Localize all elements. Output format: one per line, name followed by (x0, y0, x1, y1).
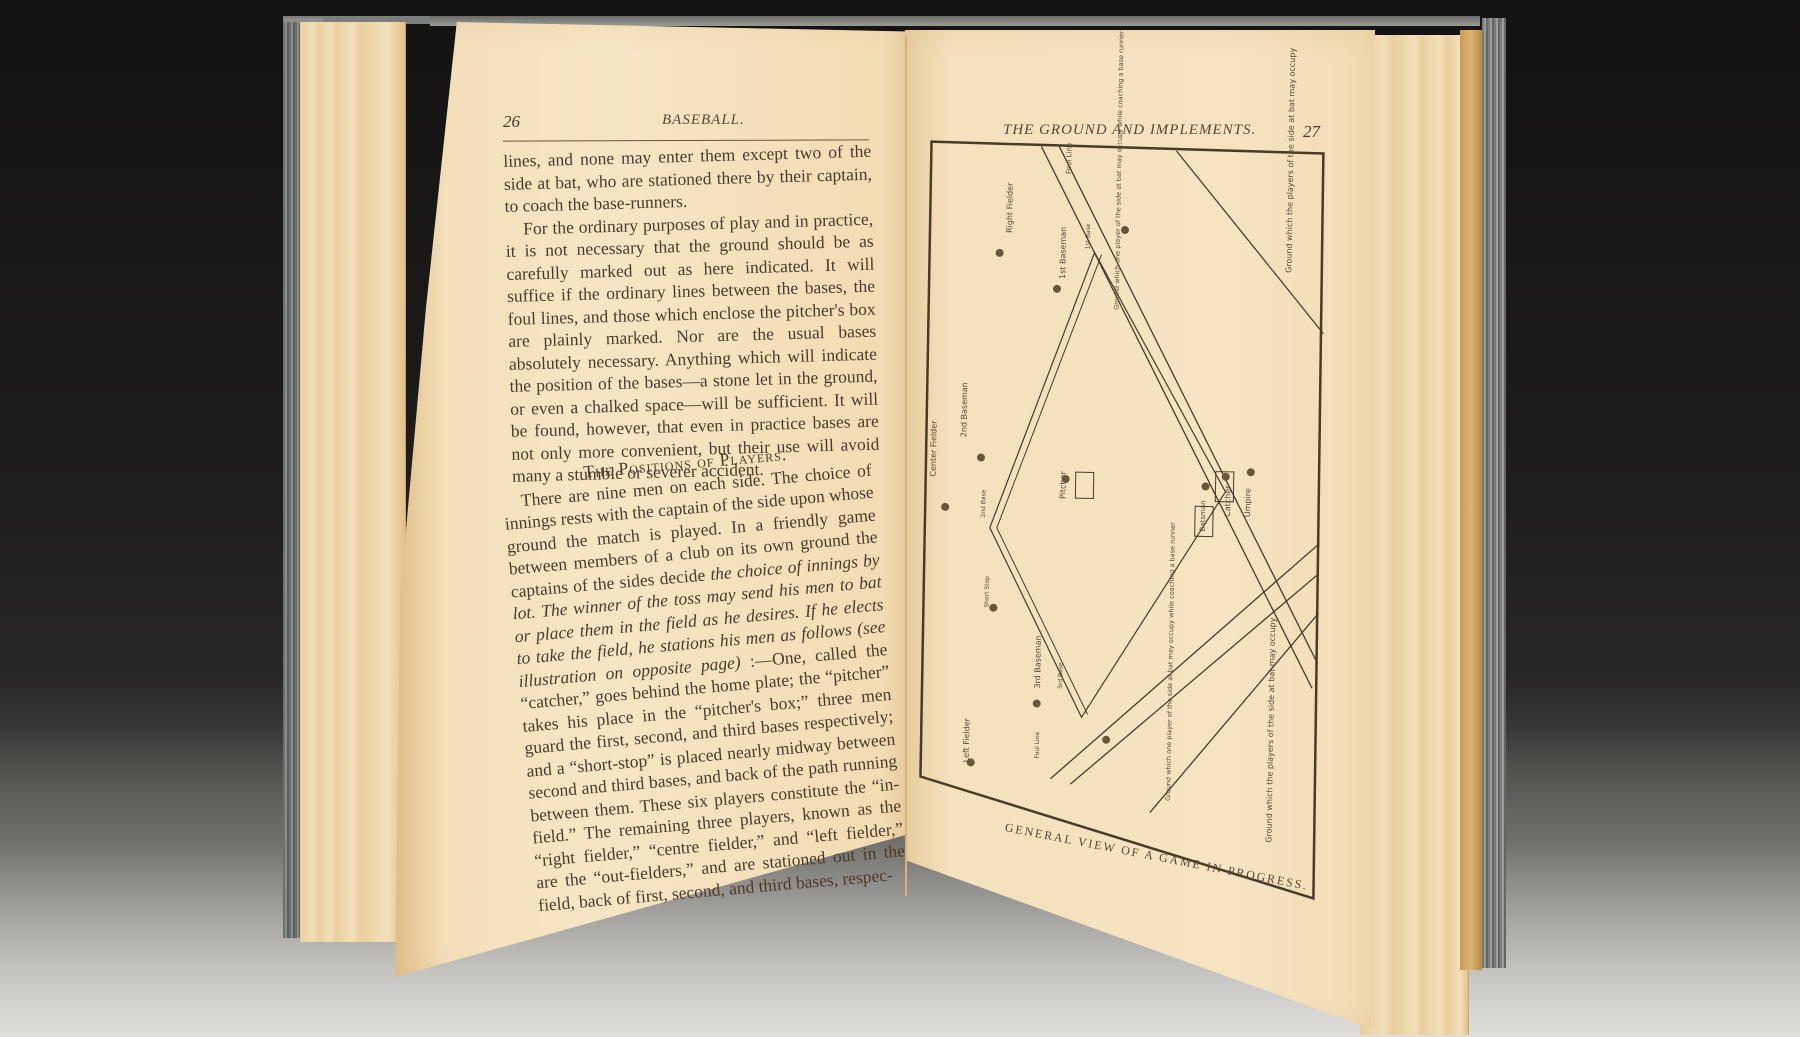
label-umpire: Umpire (1243, 488, 1253, 517)
label-catcher: Catcher (1223, 485, 1233, 517)
page-number-left: 26 (503, 112, 520, 132)
page-number-right: 27 (1303, 122, 1320, 142)
baseball-field-diagram: Right Fielder 1st Baseman 1st Base Foul … (918, 137, 1326, 899)
label-center-fielder: Center Fielder (929, 420, 939, 477)
label-third-base: 3rd Base (1057, 662, 1064, 689)
book-spine-top (430, 16, 1480, 26)
left-page-section: The Positions of Players. There are nine… (500, 436, 908, 917)
label-first-baseman: 1st Baseman (1058, 227, 1068, 279)
label-left-fielder: Left Fielder (962, 717, 972, 762)
field-illustration: Right Fielder 1st Baseman 1st Base Foul … (918, 137, 1326, 899)
label-first-base: 1st Base (1085, 223, 1092, 249)
label-bench-zone-bottom: Ground which the players of the side at … (1264, 617, 1277, 842)
label-short-stop: Short Stop (983, 576, 991, 608)
label-foul-line-top: Foul Line (1065, 143, 1074, 174)
gilt-page-edge (1460, 30, 1482, 970)
page-stack-left (300, 22, 400, 942)
running-head-left: BASEBALL. (662, 112, 745, 129)
book-cover-right (1482, 18, 1506, 968)
label-third-baseman: 3rd Baseman (1033, 635, 1043, 688)
paragraph: lines, and none may enter them except tw… (503, 140, 873, 218)
label-foul-line-bottom: Foul Line (1034, 731, 1041, 758)
label-second-baseman: 2nd Baseman (959, 382, 969, 437)
running-head-right: THE GROUND AND IMPLEMENTS. (1003, 122, 1256, 139)
label-second-base: 2nd Base (980, 489, 987, 517)
label-pitcher: Pitcher (1058, 470, 1067, 499)
label-right-fielder: Right Fielder (1005, 182, 1015, 233)
label-coach-zone-bottom: Ground which one player of the side at b… (1164, 522, 1177, 801)
book-gutter (905, 36, 907, 896)
label-batsman: Batsman (1199, 500, 1208, 531)
left-page-body: lines, and none may enter them except tw… (503, 140, 880, 488)
